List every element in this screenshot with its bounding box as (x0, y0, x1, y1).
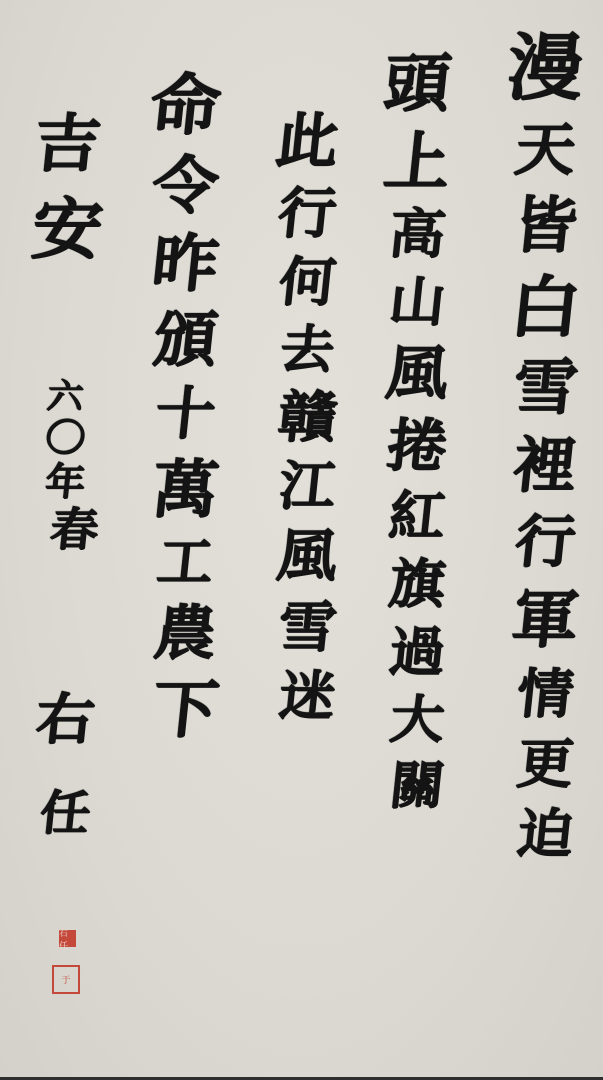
character: 紅 (386, 489, 448, 542)
character: 贛 (275, 389, 339, 444)
character: 安 (29, 196, 106, 263)
date-inscription: 六 〇 年 春 (30, 378, 100, 554)
seal-upper: 右任 (59, 930, 76, 947)
character: 迷 (276, 669, 338, 722)
character: 過 (386, 625, 448, 678)
character: 任 (38, 789, 93, 837)
character: 萬 (149, 458, 222, 521)
character: 吉 (31, 112, 104, 175)
character: 大 (387, 693, 446, 744)
calligraphy-column-3: 此 行 何 去 贛 江 風 雪 迷 (262, 110, 352, 724)
character: 去 (277, 323, 336, 374)
character: 捲 (384, 418, 450, 475)
character: 下 (149, 678, 222, 741)
calligraphy-column-2: 頭 上 高 山 風 捲 紅 旗 過 大 關 (372, 50, 462, 812)
character: 旗 (386, 557, 448, 610)
character: 工 (154, 535, 216, 588)
character: 頒 (150, 310, 220, 371)
character: 情 (514, 667, 576, 720)
character: 此 (273, 112, 341, 171)
character: 風 (274, 528, 340, 585)
character: 江 (276, 459, 338, 512)
character: 風 (383, 344, 451, 403)
character: 何 (276, 255, 338, 308)
character: 行 (512, 514, 578, 571)
character: 裡 (510, 436, 580, 497)
character: 雪 (275, 599, 339, 654)
character: 年 (43, 463, 87, 501)
character: 更 (514, 737, 576, 790)
character: 〇 (43, 419, 87, 457)
character: 昨 (149, 232, 222, 295)
character: 軍 (509, 588, 582, 651)
calligraphy-column-5: 吉 安 (22, 110, 112, 264)
character: 迫 (514, 807, 576, 860)
character: 高 (386, 207, 448, 260)
character: 白 (507, 274, 584, 341)
character: 天 (512, 122, 578, 179)
calligraphy-column-4: 命 令 昨 頒 十 萬 工 農 下 (140, 70, 230, 742)
character: 皆 (510, 196, 580, 257)
character: 行 (275, 185, 339, 240)
character: 春 (48, 507, 101, 553)
character: 右 (33, 691, 97, 746)
character: 令 (149, 154, 222, 217)
character: 農 (151, 604, 219, 663)
calligraphy-column-1: 漫 天 皆 白 雪 裡 行 軍 情 更 迫 (500, 30, 590, 862)
seal-lower: 于 (52, 965, 80, 994)
character: 關 (387, 759, 446, 810)
signature: 右 任 (30, 690, 100, 838)
character: 頭 (381, 52, 454, 115)
character: 漫 (503, 32, 587, 104)
character: 雪 (510, 358, 580, 419)
character: 六 (45, 379, 85, 413)
character: 山 (386, 275, 448, 328)
character: 十 (152, 386, 218, 443)
character: 命 (147, 72, 224, 139)
character: 上 (381, 130, 454, 193)
